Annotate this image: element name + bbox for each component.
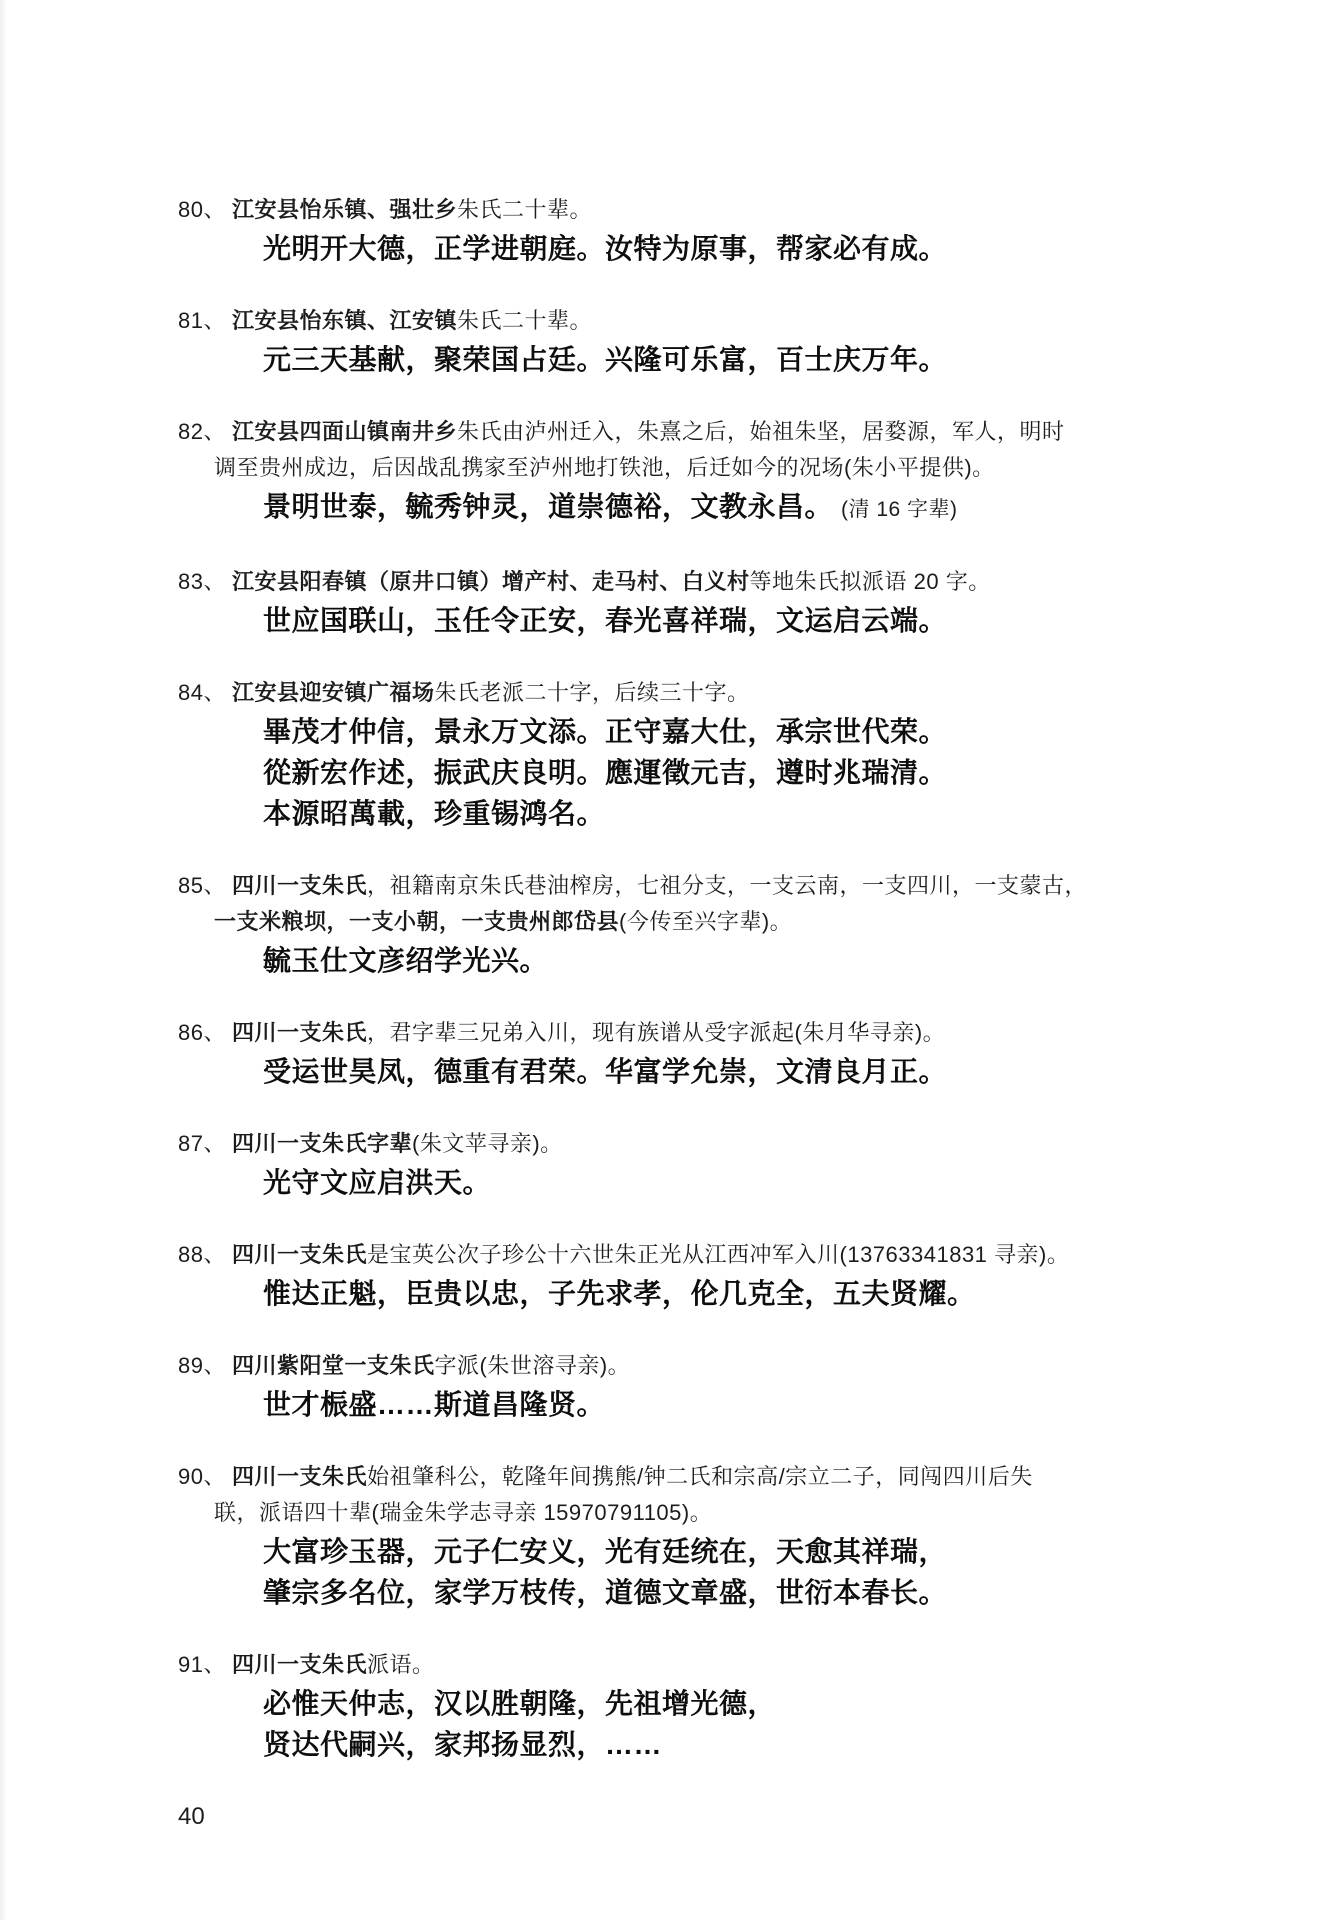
entry-head-bold: 四川一支朱氏 <box>232 1464 367 1489</box>
entry-81: 81、江安县怡东镇、江安镇朱氏二十辈。 元三天基献，聚荣国占廷。兴隆可乐富，百士… <box>178 303 1228 380</box>
entry-heading-continuation: 调至贵州成边，后因战乱携家至泸州地打铁池，后迁如今的况场(朱小平提供)。 <box>214 450 1228 486</box>
verse-line: 受运世昊凤，德重有君荣。华富学允崇，文清良月正。 <box>263 1051 1228 1092</box>
entry-82: 82、江安县四面山镇南井乡朱氏由泸州迁入，朱熹之后，始祖朱坚，居婺源，军人，明时… <box>178 414 1228 530</box>
entry-heading: 90、四川一支朱氏始祖肇科公，乾隆年间携熊/钟二氏和宗高/宗立二子，同闯四川后失 <box>178 1459 1228 1495</box>
entry-head-bold: 四川一支朱氏 <box>232 873 367 898</box>
entry-number: 84、 <box>178 680 226 705</box>
entry-heading: 80、江安县怡乐镇、强壮乡朱氏二十辈。 <box>178 192 1228 228</box>
entry-head-bold: 四川一支朱氏 <box>232 1652 367 1677</box>
entry-head-rest: 朱氏由泸州迁入，朱熹之后，始祖朱坚，居婺源，军人，明时 <box>457 419 1065 444</box>
entry-number: 83、 <box>178 569 226 594</box>
entry-head-bold: 江安县四面山镇南井乡 <box>232 419 457 444</box>
verse-text: 景明世泰，毓秀钟灵，道崇德裕，文教永昌。 <box>263 491 833 522</box>
entry-87: 87、四川一支朱氏字辈(朱文苹寻亲)。 光守文应启洪天。 <box>178 1126 1228 1203</box>
entry-head-bold: 四川一支朱氏 <box>232 1020 367 1045</box>
entry-head-rest: (朱文苹寻亲)。 <box>412 1131 563 1156</box>
entry-number: 82、 <box>178 419 226 444</box>
entry-head-rest: (今传至兴字辈)。 <box>619 909 792 934</box>
verse-note: (清 16 字辈) <box>841 498 958 521</box>
entry-heading: 82、江安县四面山镇南井乡朱氏由泸州迁入，朱熹之后，始祖朱坚，居婺源，军人，明时 <box>178 414 1228 450</box>
entry-head-rest: 字派(朱世溶寻亲)。 <box>435 1353 631 1378</box>
verse-line: 世应国联山，玉任令正安，春光喜祥瑞，文运启云端。 <box>263 600 1228 641</box>
entry-head-rest: 等地朱氏拟派语 20 字。 <box>750 569 991 594</box>
entry-heading: 85、四川一支朱氏，祖籍南京朱氏巷油榨房，七祖分支，一支云南，一支四川，一支蒙古… <box>178 868 1228 904</box>
entry-number: 87、 <box>178 1131 226 1156</box>
entry-88: 88、四川一支朱氏是宝英公次子珍公十六世朱正光从江西冲军入川(137633418… <box>178 1237 1228 1314</box>
entry-86: 86、四川一支朱氏，君字辈三兄弟入川，现有族谱从受字派起(朱月华寻亲)。 受运世… <box>178 1015 1228 1092</box>
entry-85: 85、四川一支朱氏，祖籍南京朱氏巷油榨房，七祖分支，一支云南，一支四川，一支蒙古… <box>178 868 1228 981</box>
entry-heading-continuation: 一支米粮坝，一支小朝，一支贵州郎岱县(今传至兴字辈)。 <box>214 904 1228 940</box>
entry-head-bold: 四川一支朱氏 <box>232 1242 367 1267</box>
verse-line: 元三天基献，聚荣国占廷。兴隆可乐富，百士庆万年。 <box>263 339 1228 380</box>
entry-heading-continuation: 联，派语四十辈(瑞金朱学志寻亲 15970791105)。 <box>214 1495 1228 1531</box>
verse-line: 惟达正魁，臣贵以忠，子先求孝，伦几克全，五夫贤耀。 <box>263 1273 1228 1314</box>
entry-83: 83、江安县阳春镇（原井口镇）增产村、走马村、白义村等地朱氏拟派语 20 字。 … <box>178 564 1228 641</box>
entry-head-rest: 始祖肇科公，乾隆年间携熊/钟二氏和宗高/宗立二子，同闯四川后失 <box>367 1464 1033 1489</box>
entry-heading: 87、四川一支朱氏字辈(朱文苹寻亲)。 <box>178 1126 1228 1162</box>
entry-number: 88、 <box>178 1242 226 1267</box>
entry-heading: 88、四川一支朱氏是宝英公次子珍公十六世朱正光从江西冲军入川(137633418… <box>178 1237 1228 1273</box>
entry-number: 80、 <box>178 197 226 222</box>
entry-90: 90、四川一支朱氏始祖肇科公，乾隆年间携熊/钟二氏和宗高/宗立二子，同闯四川后失… <box>178 1459 1228 1613</box>
verse-line: 畢茂才仲信，景永万文添。正守嘉大仕，承宗世代荣。 <box>263 711 1228 752</box>
entry-head-rest: 朱氏老派二十字，后续三十字。 <box>435 680 750 705</box>
entry-heading: 86、四川一支朱氏，君字辈三兄弟入川，现有族谱从受字派起(朱月华寻亲)。 <box>178 1015 1228 1051</box>
entry-head-rest: ，祖籍南京朱氏巷油榨房，七祖分支，一支云南，一支四川，一支蒙古， <box>367 873 1087 898</box>
entry-number: 85、 <box>178 873 226 898</box>
entry-head-rest: 派语。 <box>367 1652 435 1677</box>
verse-line: 從新宏作述，振武庆良明。應運徵元吉，遵时兆瑞清。 <box>263 752 1228 793</box>
entry-head-bold: 江安县阳春镇（原井口镇）增产村、走马村、白义村 <box>232 569 750 594</box>
entry-head-bold: 四川一支朱氏字辈 <box>232 1131 412 1156</box>
entry-84: 84、江安县迎安镇广福场朱氏老派二十字，后续三十字。 畢茂才仲信，景永万文添。正… <box>178 675 1228 834</box>
entry-number: 91、 <box>178 1652 226 1677</box>
verse-line: 景明世泰，毓秀钟灵，道崇德裕，文教永昌。(清 16 字辈) <box>263 486 1228 530</box>
entry-80: 80、江安县怡乐镇、强壮乡朱氏二十辈。 光明开大德，正学进朝庭。汝特为原事，帮家… <box>178 192 1228 269</box>
entry-head-rest: 朱氏二十辈。 <box>457 308 592 333</box>
verse-line: 必惟天仲志，汉以胜朝隆，先祖增光德， <box>263 1683 1228 1724</box>
document-page: 80、江安县怡乐镇、强壮乡朱氏二十辈。 光明开大德，正学进朝庭。汝特为原事，帮家… <box>0 0 1328 1831</box>
entry-head-bold: 四川紫阳堂一支朱氏 <box>232 1353 435 1378</box>
entry-number: 89、 <box>178 1353 226 1378</box>
entry-heading: 84、江安县迎安镇广福场朱氏老派二十字，后续三十字。 <box>178 675 1228 711</box>
entry-head-rest: 朱氏二十辈。 <box>457 197 592 222</box>
entry-number: 81、 <box>178 308 226 333</box>
entry-91: 91、四川一支朱氏派语。 必惟天仲志，汉以胜朝隆，先祖增光德， 贤达代嗣兴，家邦… <box>178 1647 1228 1765</box>
verse-line: 世才桭盛……斯道昌隆贤。 <box>263 1384 1228 1425</box>
entry-head-bold: 一支米粮坝，一支小朝，一支贵州郎岱县 <box>214 909 619 934</box>
verse-line: 光守文应启洪天。 <box>263 1162 1228 1203</box>
verse-line: 本源昭萬載，珍重锡鸿名。 <box>263 793 1228 834</box>
entry-heading: 83、江安县阳春镇（原井口镇）增产村、走马村、白义村等地朱氏拟派语 20 字。 <box>178 564 1228 600</box>
entry-number: 86、 <box>178 1020 226 1045</box>
verse-line: 贤达代嗣兴，家邦扬显烈，…… <box>263 1724 1228 1765</box>
entry-heading: 89、四川紫阳堂一支朱氏字派(朱世溶寻亲)。 <box>178 1348 1228 1384</box>
entry-head-bold: 江安县怡乐镇、强壮乡 <box>232 197 457 222</box>
entry-number: 90、 <box>178 1464 226 1489</box>
entry-heading: 91、四川一支朱氏派语。 <box>178 1647 1228 1683</box>
verse-line: 肇宗多名位，家学万枝传，道德文章盛，世衍本春长。 <box>263 1572 1228 1613</box>
entry-89: 89、四川紫阳堂一支朱氏字派(朱世溶寻亲)。 世才桭盛……斯道昌隆贤。 <box>178 1348 1228 1425</box>
entry-head-rest: 是宝英公次子珍公十六世朱正光从江西冲军入川(13763341831 寻亲)。 <box>367 1242 1069 1267</box>
verse-line: 光明开大德，正学进朝庭。汝特为原事，帮家必有成。 <box>263 228 1228 269</box>
entry-head-bold: 江安县怡东镇、江安镇 <box>232 308 457 333</box>
verse-line: 毓玉仕文彦绍学光兴。 <box>263 940 1228 981</box>
verse-line: 大富珍玉器，元子仁安义，光有廷统在，天愈其祥瑞， <box>263 1531 1228 1572</box>
entry-head-bold: 江安县迎安镇广福场 <box>232 680 435 705</box>
entry-head-rest: ，君字辈三兄弟入川，现有族谱从受字派起(朱月华寻亲)。 <box>367 1020 945 1045</box>
page-number: 40 <box>178 1803 1228 1831</box>
entry-heading: 81、江安县怡东镇、江安镇朱氏二十辈。 <box>178 303 1228 339</box>
